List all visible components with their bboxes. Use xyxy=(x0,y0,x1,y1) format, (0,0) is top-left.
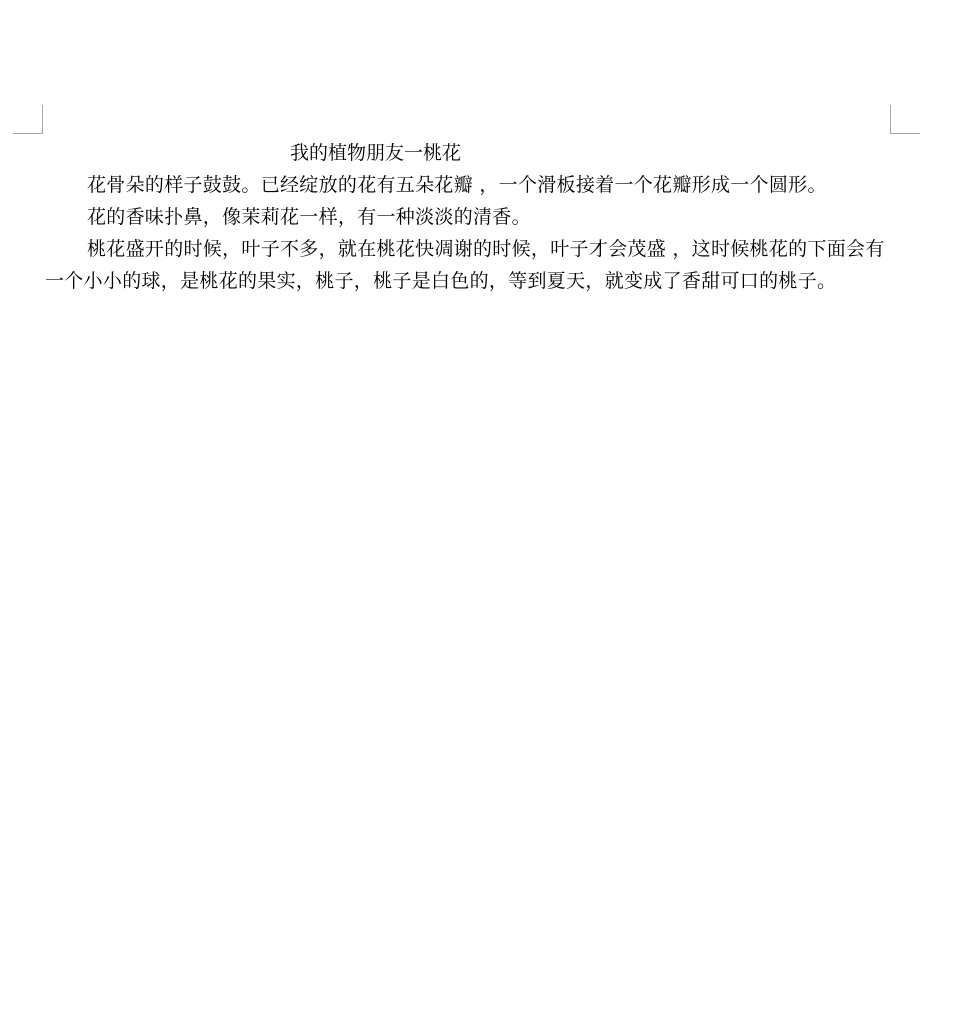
left-margin-corner-mark xyxy=(13,105,43,134)
document-title: 我的植物朋友一桃花 xyxy=(45,137,893,169)
right-margin-corner-mark xyxy=(890,105,920,134)
document-body[interactable]: 我的植物朋友一桃花 花骨朵的样子鼓鼓。已经绽放的花有五朵花瓣 ，一个滑板接着一个… xyxy=(45,137,893,297)
paragraph-3: 桃花盛开的时候，叶子不多，就在桃花快凋谢的时候，叶子才会茂盛 ，这时候桃花的下面… xyxy=(45,233,893,297)
paragraph-2: 花的香味扑鼻，像茉莉花一样，有一种淡淡的清香。 xyxy=(45,201,893,233)
paragraph-1: 花骨朵的样子鼓鼓。已经绽放的花有五朵花瓣 ，一个滑板接着一个花瓣形成一个圆形。 xyxy=(45,169,893,201)
